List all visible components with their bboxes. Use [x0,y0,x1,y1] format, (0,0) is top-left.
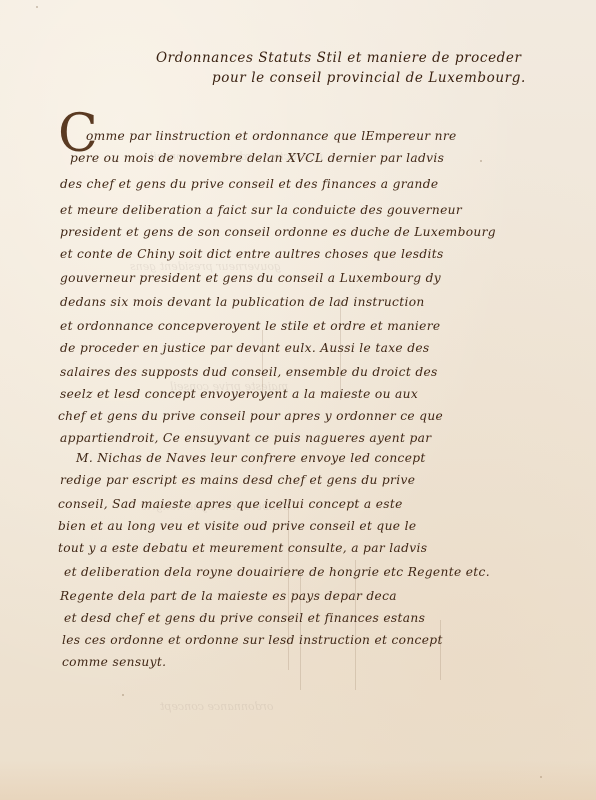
paper-speck [122,694,124,696]
text-line: gouverneur president et gens du conseil … [60,270,441,286]
show-through-text: ordonnance concept [160,700,274,713]
text-line: les ces ordonne et ordonne sur lesd inst… [62,632,443,648]
text-line: redige par escript es mains desd chef et… [60,472,415,488]
text-line: chef et gens du prive conseil pour apres… [58,408,443,424]
text-line: dedans six mois devant la publication de… [60,294,425,310]
text-line: tout y a este debatu et meurement consul… [58,540,427,556]
text-line: Regente dela part de la maieste es pays … [60,588,397,604]
text-line: M. Nichas de Naves leur confrere envoye … [76,450,426,466]
text-line: seelz et lesd concept envoyeroyent a la … [60,386,418,402]
document-title-line-2: pour le conseil provincial de Luxembourg… [212,70,526,86]
manuscript-page: instruction ordonnance conseil gouverneu… [0,0,596,800]
text-line: comme sensuyt. [62,654,166,670]
ink-stroke [440,620,441,680]
document-title-line-1: Ordonnances Statuts Stil et maniere de p… [156,50,522,66]
text-line: et conte de Chiny soit dict entre aultre… [60,246,444,262]
text-line: president et gens de son conseil ordonne… [60,224,496,240]
text-line: et desd chef et gens du prive conseil et… [64,610,425,626]
text-line: conseil, Sad maieste apres que icellui c… [58,496,403,512]
text-line: bien et au long veu et visite oud prive … [58,518,416,534]
text-line: pere ou mois de novembre delan XVCL dern… [70,150,444,166]
text-line: et ordonnance concepveroyent le stile et… [60,318,440,334]
text-line: de proceder en justice par devant eulx. … [60,340,430,356]
text-line: omme par linstruction et ordonnance que … [86,128,457,144]
text-line: et meure deliberation a faict sur la con… [60,202,462,218]
paper-speck [480,160,482,162]
paper-speck [540,776,542,778]
text-line: des chef et gens du prive conseil et des… [60,176,438,192]
text-line: et deliberation dela royne douairiere de… [64,564,490,580]
text-line: appartiendroit, Ce ensuyvant ce puis nag… [60,430,431,446]
paper-speck [36,6,38,8]
text-line: salaires des supposts dud conseil, ensem… [60,364,438,380]
